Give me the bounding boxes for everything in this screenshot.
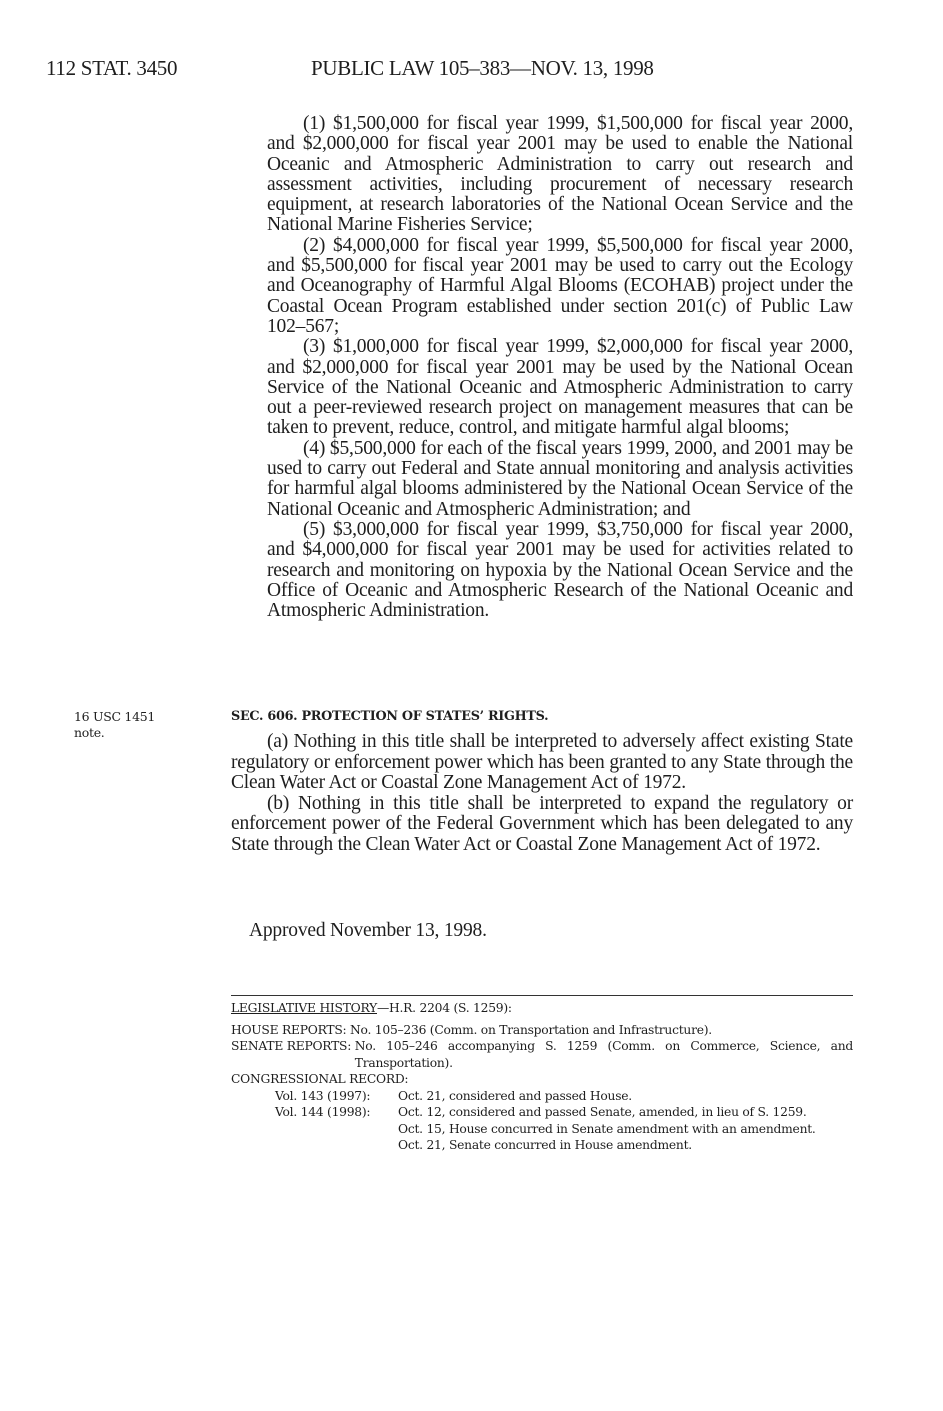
allocation-list: (1) $1,500,000 for fiscal year 1999, $1,…	[267, 114, 853, 621]
legislative-history-bill: —H.R. 2204 (S. 1259):	[377, 1001, 512, 1015]
law-title: PUBLIC LAW 105–383—NOV. 13, 1998	[311, 56, 654, 81]
volume-entry: Oct. 21, considered and passed House.	[398, 1088, 853, 1105]
margin-note-citation: 16 USC 1451	[74, 709, 155, 725]
senate-reports-row: SENATE REPORTS: No. 105–246 accompanying…	[231, 1038, 853, 1071]
section-body: (a) Nothing in this title shall be inter…	[231, 732, 853, 855]
margin-note: 16 USC 1451 note.	[74, 709, 155, 741]
section-paragraph-a: (a) Nothing in this title shall be inter…	[231, 732, 853, 794]
legislative-history-heading: LEGISLATIVE HISTORY	[231, 1001, 377, 1015]
senate-reports-label: SENATE REPORTS:	[231, 1038, 355, 1071]
allocation-item-5: (5) $3,000,000 for fiscal year 1999, $3,…	[267, 520, 853, 621]
allocation-item-2: (2) $4,000,000 for fiscal year 1999, $5,…	[267, 236, 853, 337]
volume-entry: Oct. 15, House concurred in Senate amend…	[398, 1121, 838, 1138]
volume-row-144: Vol. 144 (1998): Oct. 12, considered and…	[275, 1104, 853, 1154]
legislative-history-title: LEGISLATIVE HISTORY—H.R. 2204 (S. 1259):	[231, 1000, 853, 1017]
senate-reports-value: No. 105–246 accompanying S. 1259 (Comm. …	[355, 1038, 853, 1071]
legislative-history: LEGISLATIVE HISTORY—H.R. 2204 (S. 1259):…	[231, 1000, 853, 1154]
allocation-item-1: (1) $1,500,000 for fiscal year 1999, $1,…	[267, 114, 853, 236]
approval-date: Approved November 13, 1998.	[249, 920, 487, 942]
house-reports-row: HOUSE REPORTS: No. 105–236 (Comm. on Tra…	[231, 1022, 853, 1039]
section-title: SEC. 606. PROTECTION OF STATES’ RIGHTS.	[231, 709, 548, 724]
margin-note-suffix: note.	[74, 725, 155, 741]
congressional-record-volumes: Vol. 143 (1997): Oct. 21, considered and…	[231, 1088, 853, 1154]
volume-label: Vol. 143 (1997):	[275, 1088, 398, 1105]
stat-page-number: 112 STAT. 3450	[46, 56, 177, 81]
house-reports-value: No. 105–236 (Comm. on Transportation and…	[350, 1022, 853, 1039]
section-paragraph-b: (b) Nothing in this title shall be inter…	[231, 794, 853, 856]
volume-entry: Oct. 12, considered and passed Senate, a…	[398, 1104, 838, 1121]
congressional-record-label: CONGRESSIONAL RECORD:	[231, 1071, 853, 1088]
volume-entries: Oct. 21, considered and passed House.	[398, 1088, 853, 1105]
volume-entries: Oct. 12, considered and passed Senate, a…	[398, 1104, 838, 1154]
volume-label: Vol. 144 (1998):	[275, 1104, 398, 1154]
allocation-item-3: (3) $1,000,000 for fiscal year 1999, $2,…	[267, 337, 853, 438]
running-header: 112 STAT. 3450 PUBLIC LAW 105–383—NOV. 1…	[46, 56, 943, 86]
divider-rule	[231, 995, 853, 996]
volume-entry: Oct. 21, Senate concurred in House amend…	[398, 1137, 838, 1154]
house-reports-label: HOUSE REPORTS:	[231, 1022, 350, 1039]
allocation-item-4: (4) $5,500,000 for each of the fiscal ye…	[267, 439, 853, 520]
volume-row-143: Vol. 143 (1997): Oct. 21, considered and…	[275, 1088, 853, 1105]
